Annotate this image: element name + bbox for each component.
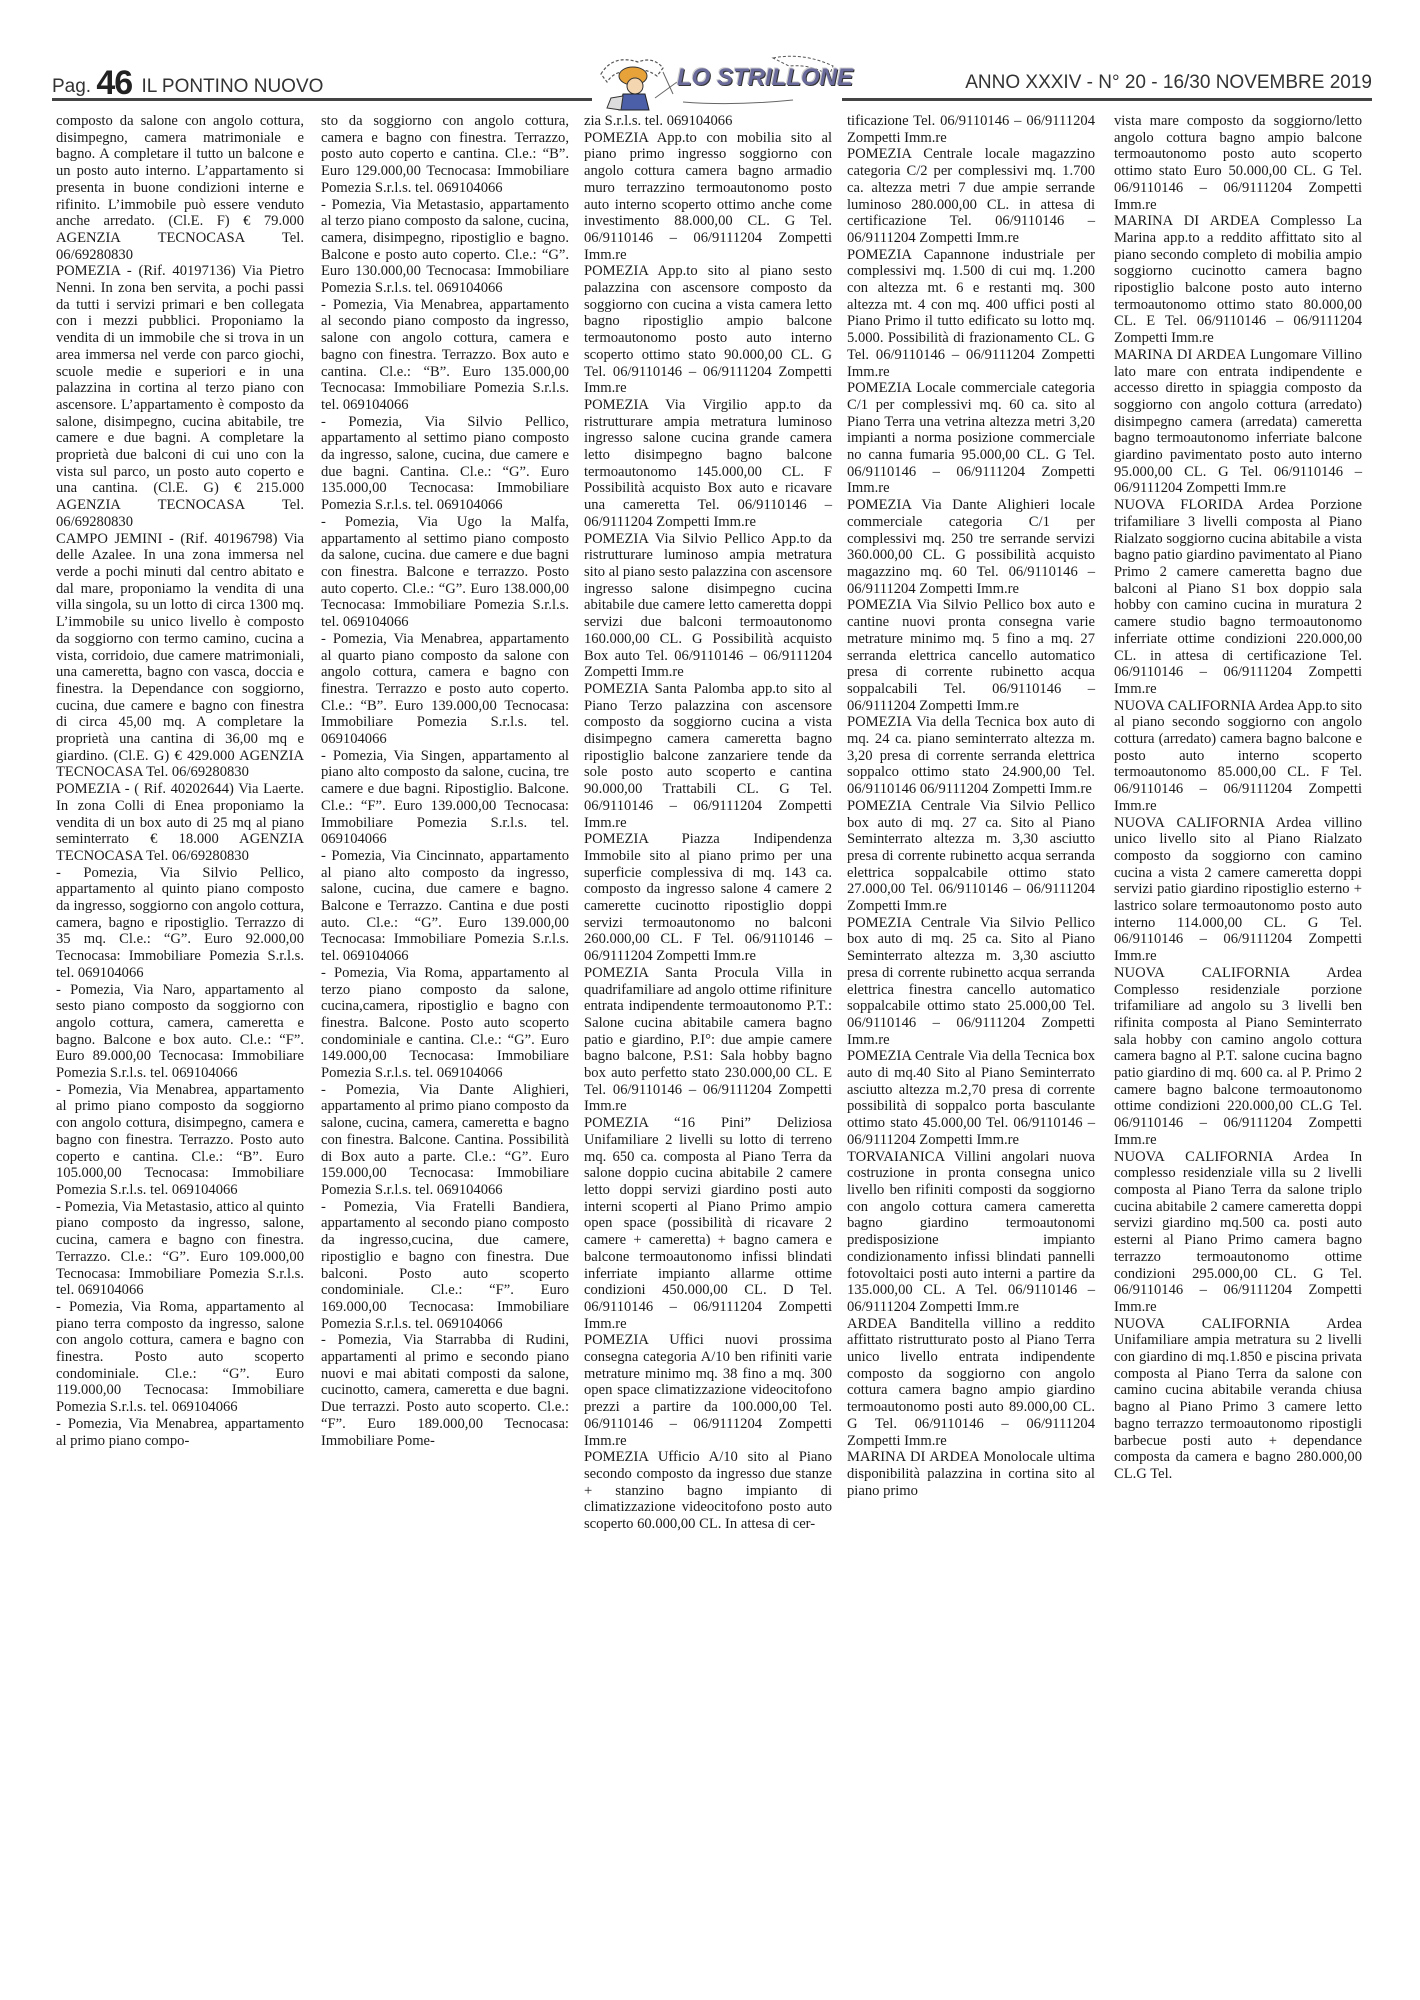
listing: POMEZIA Uffici nuovi prossima consegna c… (584, 1332, 832, 1449)
listing: CAMPO JEMINI - (Rif. 40196798) Via delle… (56, 531, 304, 782)
listing: POMEZIA Santa Palomba app.to sito al Pia… (584, 681, 832, 831)
listing: NUOVA CALIFORNIA Ardea In complesso resi… (1114, 1149, 1362, 1316)
listing: POMEZIA Via della Tecnica box auto di mq… (847, 714, 1095, 798)
listing: - Pomezia, Via Metastasio, appartamento … (321, 197, 569, 297)
column-4: tificazione Tel. 06/9110146 – 06/9111204… (847, 113, 1095, 1499)
listing: - Pomezia, Via Singen, appartamento al p… (321, 748, 569, 848)
listing: NUOVA CALIFORNIA Ardea App.to sito al pi… (1114, 698, 1362, 815)
listing: - Pomezia, Via Ugo la Malfa, appartament… (321, 514, 569, 631)
listing: - Pomezia, Via Menabrea, appartamento al… (56, 1416, 304, 1449)
listing: POMEZIA Capannone industriale per comple… (847, 247, 1095, 381)
listing: MARINA DI ARDEA Monolocale ultima dispon… (847, 1449, 1095, 1499)
listing: - Pomezia, Via Silvio Pellico, appartame… (321, 414, 569, 514)
listing: NUOVA FLORIDA Ardea Porzione trifamiliar… (1114, 497, 1362, 697)
listing: POMEZIA Via Dante Alighieri locale comme… (847, 497, 1095, 597)
listing: POMEZIA App.to con mobilia sito al piano… (584, 130, 832, 264)
column-2: sto da soggiorno con angolo cottura, cam… (321, 113, 569, 1449)
page-prefix: Pag. (52, 76, 91, 97)
listing: - Pomezia, Via Silvio Pellico, appartame… (56, 865, 304, 982)
header-rule-left (52, 98, 592, 101)
listing: POMEZIA Centrale Via Silvio Pellico box … (847, 798, 1095, 915)
listing: - Pomezia, Via Menabrea, appartamento al… (56, 1082, 304, 1199)
listing: vista mare composto da soggiorno/letto a… (1114, 113, 1362, 213)
listing: MARINA DI ARDEA Lungomare Villino lato m… (1114, 347, 1362, 497)
column-3: zia S.r.l.s. tel. 069104066 POMEZIA App.… (584, 113, 832, 1533)
publication-name: IL PONTINO NUOVO (141, 76, 323, 97)
listing: - Pomezia, Via Starrabba di Rudini, appa… (321, 1332, 569, 1449)
listing: TORVAIANICA Villini angolari nuova costr… (847, 1149, 1095, 1316)
classified-columns: composto da salone con angolo cottura, d… (56, 113, 1372, 1983)
listing: POMEZIA Centrale Via della Tecnica box a… (847, 1048, 1095, 1148)
listing: - Pomezia, Via Dante Alighieri, appartam… (321, 1082, 569, 1199)
page-header: Pag. 46 IL PONTINO NUOVO LO STRILLONE AN… (52, 64, 1372, 104)
listing: POMEZIA Locale commerciale categoria C/1… (847, 380, 1095, 497)
listing: POMEZIA Santa Procula Villa in quadrifam… (584, 965, 832, 1115)
listing: POMEZIA “16 Pini” Deliziosa Unifamiliare… (584, 1115, 832, 1332)
listing: NUOVA CALIFORNIA Ardea Unifamiliare ampi… (1114, 1316, 1362, 1483)
listing: POMEZIA Via Silvio Pellico box auto e ca… (847, 597, 1095, 714)
header-rule-right (842, 98, 1372, 101)
issue-info: ANNO XXXIV - N° 20 - 16/30 NOVEMBRE 2019 (965, 72, 1372, 94)
listing: sto da soggiorno con angolo cottura, cam… (321, 113, 569, 197)
lo-strillone-logo: LO STRILLONE (593, 54, 843, 114)
listing: - Pomezia, Via Menabrea, appartamento al… (321, 297, 569, 414)
listing: POMEZIA Centrale Via Silvio Pellico box … (847, 915, 1095, 1049)
listing: - Pomezia, Via Cincinnato, appartamento … (321, 848, 569, 965)
listing: POMEZIA Via Virgilio app.to da ristruttu… (584, 397, 832, 531)
listing: - Pomezia, Via Menabrea, appartamento al… (321, 631, 569, 748)
listing: - Pomezia, Via Naro, appartamento al ses… (56, 982, 304, 1082)
listing: composto da salone con angolo cottura, d… (56, 113, 304, 263)
listing: zia S.r.l.s. tel. 069104066 (584, 113, 832, 130)
listing: ARDEA Banditella villino a reddito affit… (847, 1316, 1095, 1450)
listing: POMEZIA Via Silvio Pellico App.to da ris… (584, 531, 832, 681)
listing: POMEZIA Ufficio A/10 sito al Piano secon… (584, 1449, 832, 1533)
listing: POMEZIA Piazza Indipendenza Immobile sit… (584, 831, 832, 965)
listing: POMEZIA Centrale locale magazzino catego… (847, 146, 1095, 246)
listing: - Pomezia, Via Fratelli Bandiera, appart… (321, 1199, 569, 1333)
column-1: composto da salone con angolo cottura, d… (56, 113, 304, 1449)
listing: MARINA DI ARDEA Complesso La Marina app.… (1114, 213, 1362, 347)
column-5: vista mare composto da soggiorno/letto a… (1114, 113, 1362, 1483)
listing: NUOVA CALIFORNIA Ardea Complesso residen… (1114, 965, 1362, 1149)
listing: NUOVA CALIFORNIA Ardea villino unico liv… (1114, 815, 1362, 965)
listing: - Pomezia, Via Metastasio, attico al qui… (56, 1199, 304, 1299)
listing: - Pomezia, Via Roma, appartamento al ter… (321, 965, 569, 1082)
listing: - Pomezia, Via Roma, appartamento al pia… (56, 1299, 304, 1416)
page-number: 46 (96, 64, 132, 102)
listing: POMEZIA App.to sito al piano sesto palaz… (584, 263, 832, 397)
listing: tificazione Tel. 06/9110146 – 06/9111204… (847, 113, 1095, 146)
listing: POMEZIA - (Rif. 40197136) Via Pietro Nen… (56, 263, 304, 530)
logo-wordmark: LO STRILLONE (677, 64, 853, 92)
listing: POMEZIA - ( Rif. 40202644) Via Laerte. I… (56, 781, 304, 865)
